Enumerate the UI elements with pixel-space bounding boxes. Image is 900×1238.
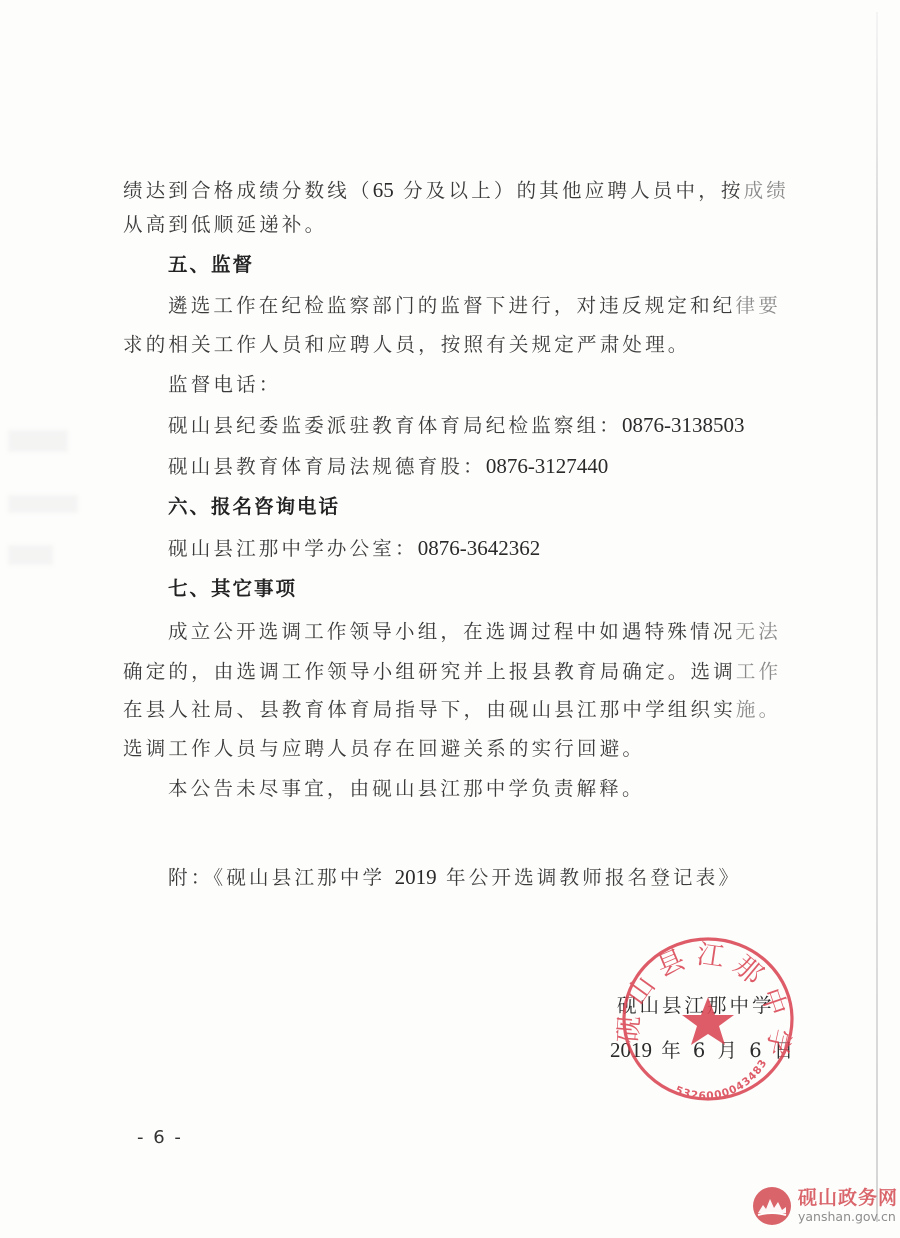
contact-school-office: 砚山县江那中学办公室：0876-3642362 bbox=[168, 536, 540, 561]
phone-number: 0876-3642362 bbox=[418, 536, 541, 560]
mountain-logo-icon bbox=[752, 1186, 792, 1226]
supervision-phone-label: 监督电话： bbox=[168, 373, 282, 397]
text: 在县人社局、县教育体育局指导下，由砚山县江那中学组织实 bbox=[123, 698, 736, 721]
section-5-para-line-1: 遴选工作在纪检监察部门的监督下进行，对违反规定和纪律要 bbox=[168, 294, 781, 318]
section-7-line-2: 确定的，由选调工作领导小组研究并上报县教育局确定。选调工作 bbox=[123, 660, 781, 684]
section-5-para-line-2: 求的相关工作人员和应聘人员，按照有关规定严肃处理。 bbox=[123, 333, 691, 357]
official-seal-stamp: 砚山县江那中学 5326000043483 bbox=[612, 935, 794, 1103]
section-7-heading: 七、其它事项 bbox=[168, 577, 297, 601]
section-7-line-4: 选调工作人员与应聘人员存在回避关系的实行回避。 bbox=[123, 737, 645, 761]
contact-name: 砚山县纪委监委派驻教育体育局纪检监察组： bbox=[168, 414, 622, 437]
text: 成立公开选调工作领导小组，在选调过程中如遇特殊情况 bbox=[168, 620, 736, 643]
text: 施。 bbox=[736, 698, 781, 721]
stamp-serial-number: 5326000043483 bbox=[673, 1057, 770, 1102]
section-7-line-3: 在县人社局、县教育体育局指导下，由砚山县江那中学组织实施。 bbox=[123, 698, 781, 722]
attachment-line: 附：《砚山县江那中学 2019 年公开选调教师报名登记表》 bbox=[168, 865, 741, 890]
closing-statement: 本公告未尽事宜，由砚山县江那中学负责解释。 bbox=[168, 777, 645, 801]
section-5-heading: 五、监督 bbox=[168, 253, 254, 277]
continuation-line-2: 从高到低顺延递补。 bbox=[123, 213, 327, 237]
section-6-heading: 六、报名咨询电话 bbox=[168, 495, 340, 519]
text: 分及以上）的其他应聘人员中，按 bbox=[394, 179, 744, 202]
site-watermark: 砚山政务网 yanshan.gov.cn bbox=[752, 1186, 898, 1226]
scan-page-edge bbox=[876, 12, 878, 1222]
contact-name: 砚山县江那中学办公室： bbox=[168, 537, 418, 560]
contact-discipline-inspection: 砚山县纪委监委派驻教育体育局纪检监察组：0876-3138503 bbox=[168, 413, 745, 438]
phone-number: 0876-3127440 bbox=[486, 454, 609, 478]
text: 工作 bbox=[736, 660, 781, 683]
signature-org: 砚山县江那中学 bbox=[617, 990, 775, 1018]
score-threshold: 65 bbox=[373, 178, 394, 202]
text: 无法 bbox=[736, 620, 781, 643]
watermark-title: 砚山政务网 bbox=[798, 1189, 898, 1208]
continuation-line-1: 绩达到合格成绩分数线（65 分及以上）的其他应聘人员中，按成绩 bbox=[123, 178, 789, 203]
text: 成绩 bbox=[744, 179, 789, 202]
contact-education-bureau: 砚山县教育体育局法规德育股：0876-3127440 bbox=[168, 454, 608, 479]
text: 选调工作人员与应聘人员存在回避关系的实行回避。 bbox=[123, 737, 645, 760]
year: 2019 bbox=[610, 1038, 652, 1062]
scan-smudge bbox=[8, 495, 78, 513]
scan-smudge bbox=[8, 430, 68, 452]
section-7-line-1: 成立公开选调工作领导小组，在选调过程中如遇特殊情况无法 bbox=[168, 620, 781, 644]
phone-number: 0876-3138503 bbox=[622, 413, 745, 437]
text: 确定的，由选调工作领导小组研究并上报县教育局确定。选调 bbox=[123, 660, 736, 683]
page-number: - 6 - bbox=[137, 1127, 183, 1148]
text: 遴选工作在纪检监察部门的监督下进行，对违反规定和纪 bbox=[168, 294, 736, 317]
year: 2019 bbox=[395, 865, 437, 889]
watermark-url: yanshan.gov.cn bbox=[798, 1211, 898, 1224]
contact-name: 砚山县教育体育局法规德育股： bbox=[168, 455, 486, 478]
text: 绩达到合格成绩分数线（ bbox=[123, 179, 373, 202]
scan-smudge bbox=[8, 545, 53, 565]
text: 年公开选调教师报名登记表》 bbox=[437, 866, 742, 889]
text: 律要 bbox=[736, 294, 781, 317]
text: 年 6 月 6 日 bbox=[652, 1039, 796, 1062]
text: 附：《砚山县江那中学 bbox=[168, 866, 395, 889]
signature-date: 2019 年 6 月 6 日 bbox=[610, 1035, 796, 1063]
